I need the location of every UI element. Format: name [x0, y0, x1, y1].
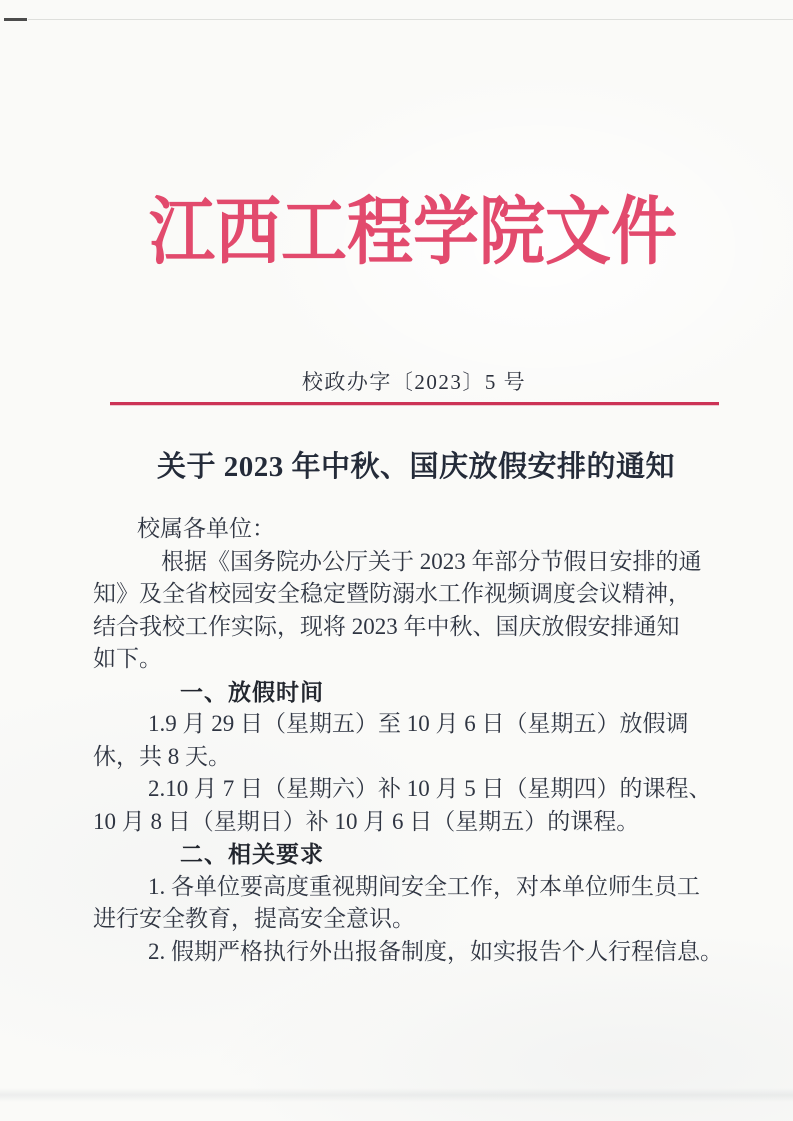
body-line: 1. 各单位要高度重视期间安全工作，对本单位师生员工 — [93, 871, 718, 904]
body-line: 根据《国务院办公厅关于 2023 年部分节假日安排的通 — [93, 546, 718, 579]
red-divider-line — [110, 402, 719, 405]
body-line: 如下。 — [93, 643, 718, 676]
notice-body: 校属各单位：根据《国务院办公厅关于 2023 年部分节假日安排的通知》及全省校园… — [93, 513, 718, 968]
organization-title: 江西工程学院文件 — [113, 172, 713, 278]
body-line: 结合我校工作实际，现将 2023 年中秋、国庆放假安排通知 — [93, 611, 718, 644]
body-line: 2. 假期严格执行外出报备制度，如实报告个人行程信息。 — [93, 936, 718, 969]
scan-fold-line — [28, 19, 793, 20]
body-line: 1.9 月 29 日（星期五）至 10 月 6 日（星期五）放假调 — [93, 708, 718, 741]
body-line: 一、放假时间 — [93, 676, 718, 709]
body-line: 二、相关要求 — [93, 838, 718, 871]
notice-title: 关于 2023 年中秋、国庆放假安排的通知 — [116, 444, 716, 485]
document-number: 校政办字〔2023〕5 号 — [114, 366, 714, 396]
body-line: 10 月 8 日（星期日）补 10 月 6 日（星期五）的课程。 — [93, 806, 718, 839]
scanned-document-page: 江西工程学院文件 校政办字〔2023〕5 号 关于 2023 年中秋、国庆放假安… — [0, 0, 793, 1121]
body-line: 进行安全教育，提高安全意识。 — [93, 903, 718, 936]
body-line: 2.10 月 7 日（星期六）补 10 月 5 日（星期四）的课程、 — [93, 773, 718, 806]
scan-artifact-mark — [4, 18, 27, 21]
scan-bottom-shadow — [0, 1088, 793, 1102]
body-line: 休，共 8 天。 — [93, 741, 718, 774]
body-line: 校属各单位： — [93, 513, 718, 546]
body-line: 知》及全省校园安全稳定暨防溺水工作视频调度会议精神， — [93, 578, 718, 611]
